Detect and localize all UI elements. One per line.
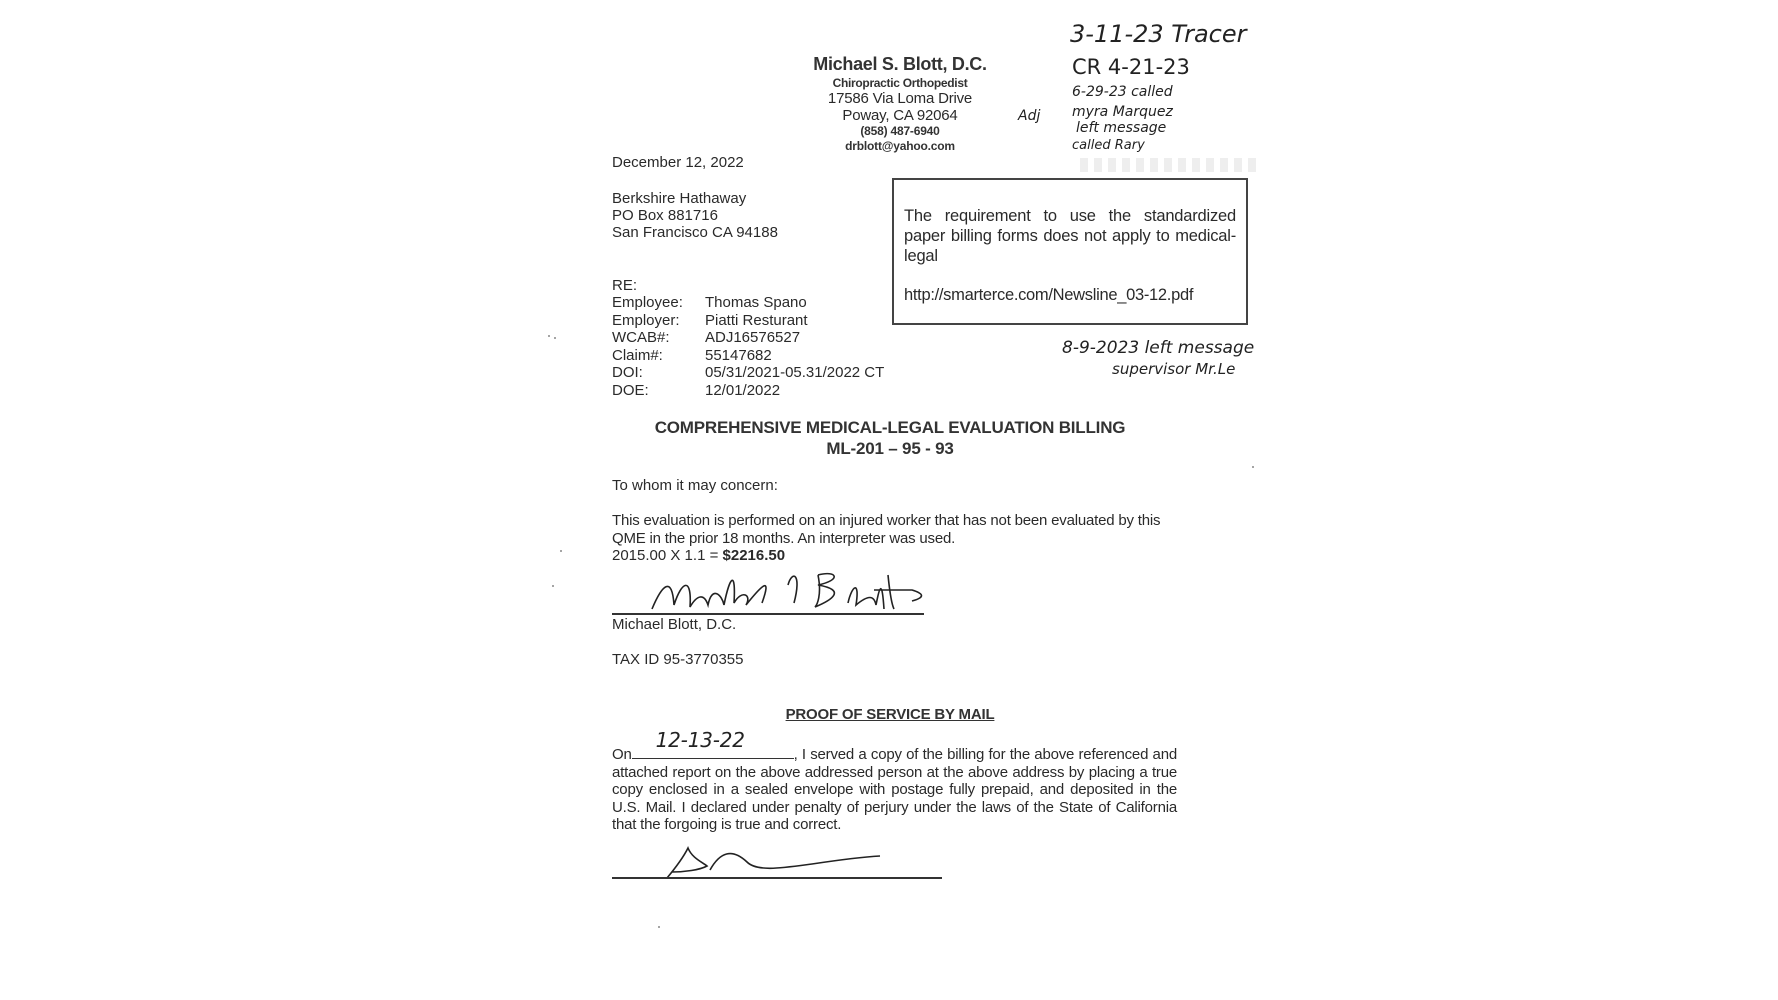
signature-line [612,613,924,615]
handwritten-note-contact: myra Marquez [1072,104,1173,120]
scan-speck [560,550,562,552]
re-heading: RE: [612,277,637,294]
handwritten-note-supervisor: supervisor Mr.Le [1112,360,1235,378]
scan-speck [658,926,660,928]
evaluation-statement: This evaluation is performed on an injur… [612,512,1177,547]
doctor-signature [612,565,942,615]
calculation-total: $2216.50 [723,547,786,564]
recipient-city: San Francisco CA 94188 [612,224,778,241]
signer-name: Michael Blott, D.C. [612,616,736,633]
billing-forms-notice-box: The requirement to use the standardized … [892,178,1248,325]
letterhead-name: Michael S. Blott, D.C. [800,54,1000,75]
faded-scribble [1080,158,1260,172]
handwritten-note-called-rary: called Rary [1072,138,1145,153]
served-date-field: 12-13-22 [632,744,794,759]
proof-statement: , I served a copy of the billing for the… [612,746,1177,833]
on-label: On [612,746,632,763]
proof-of-service-title: PROOF OF SERVICE BY MAIL [600,706,1180,723]
proof-of-service-text: On12-13-22, I served a copy of the billi… [612,744,1177,834]
notice-text: The requirement to use the standardized … [904,206,1236,266]
scan-speck [1252,466,1254,468]
handwritten-note-followup: 8-9-2023 left message [1062,338,1254,358]
tax-id: TAX ID 95-3770355 [612,651,743,668]
re-value: 12/01/2022 [705,382,780,399]
re-label: Employee: [612,294,683,311]
letterhead-phone: (858) 487-6940 [800,124,1000,138]
scan-speck [552,585,554,587]
re-label: DOI: [612,364,643,381]
letter-date: December 12, 2022 [612,154,744,171]
served-date-handwritten: 12-13-22 [656,732,745,750]
billing-title: COMPREHENSIVE MEDICAL-LEGAL EVALUATION B… [600,418,1180,438]
re-value: 05/31/2021-05.31/2022 CT [705,364,884,381]
billing-code: ML-201 – 95 - 93 [600,439,1180,459]
re-value: Piatti Resturant [705,312,808,329]
re-value: ADJ16576527 [705,329,800,346]
letterhead-address: 17586 Via Loma Drive [800,90,1000,107]
handwritten-note-called: 6-29-23 called [1072,84,1173,100]
scan-speck [548,335,550,337]
scan-speck [554,337,556,339]
re-value: 55147682 [705,347,772,364]
letterhead-specialty: Chiropractic Orthopedist [800,76,1000,90]
billing-calculation: 2015.00 X 1.1 = $2216.50 [612,547,785,564]
handwritten-note-tracer: 3-11-23 Tracer [1070,20,1247,48]
handwritten-note-cr: CR 4-21-23 [1072,55,1190,79]
re-label: WCAB#: [612,329,670,346]
re-label: Claim#: [612,347,663,364]
recipient-name: Berkshire Hathaway [612,190,746,207]
recipient-po-box: PO Box 881716 [612,207,718,224]
server-signature-line [612,877,942,879]
re-label: Employer: [612,312,680,329]
re-label: DOE: [612,382,649,399]
handwritten-note-message: left message [1076,120,1166,136]
notice-url: http://smarterce.com/Newsline_03-12.pdf [904,286,1193,305]
letterhead-city: Poway, CA 92064 [800,107,1000,124]
re-value: Thomas Spano [705,294,807,311]
letterhead-email: drblott@yahoo.com [800,139,1000,153]
handwritten-note-adj: Adj [1018,108,1040,124]
calculation-formula: 2015.00 X 1.1 = [612,547,723,564]
salutation: To whom it may concern: [612,477,778,494]
